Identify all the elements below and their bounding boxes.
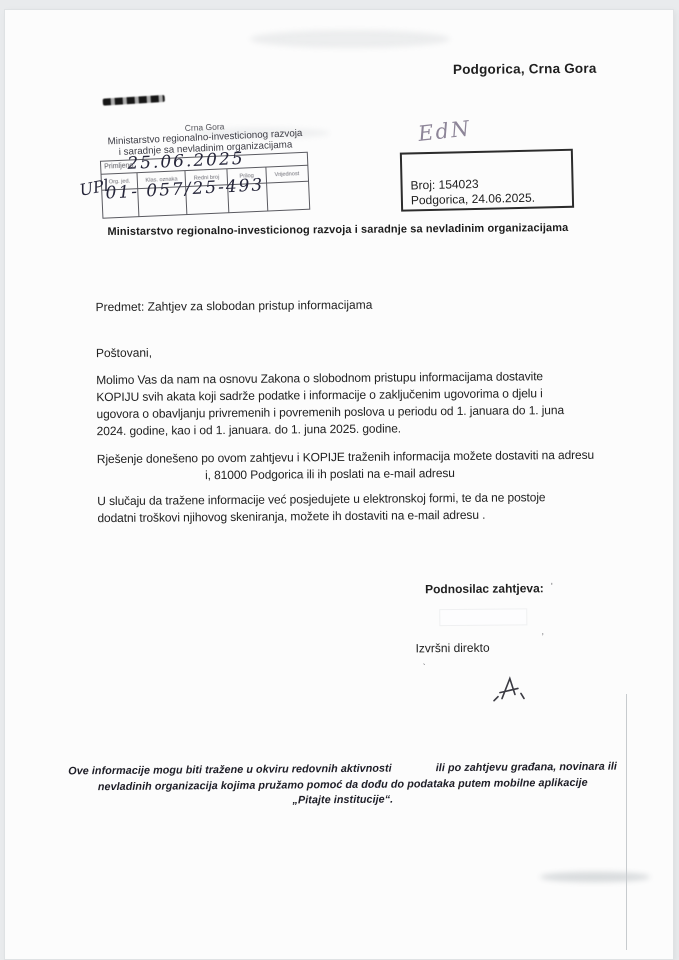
body-paragraph-2-line1: Rješenje donešeno po ovom zahtjevu i KOP… — [97, 447, 594, 468]
letter-location: Podgorica, Crna Gora — [453, 61, 597, 77]
redaction-bar — [103, 95, 165, 106]
signature-scribble — [488, 668, 532, 704]
subject-line: Predmet: Zahtjev za slobodan pristup inf… — [96, 298, 373, 314]
scan-speck: ' — [551, 581, 553, 591]
signer-label: Podnosilac zahtjeva: — [425, 581, 544, 596]
footer-line1b: ili po zahtjevu građana, novinara ili — [436, 761, 617, 775]
body-paragraph-2-line2: i, 81000 Podgorica ili ih poslati na e-m… — [205, 465, 455, 484]
footer-line1a: Ove informacije mogu biti tražene u okvi… — [68, 763, 392, 778]
body-paragraph-1: Molimo Vas da nam na osnovu Zakona o slo… — [96, 368, 589, 440]
reference-number-box: Broj: 154023 Podgorica, 24.06.2025. — [400, 149, 574, 212]
handwritten-initials: EdN — [417, 116, 473, 146]
footer-note: Ove informacije mogu biti tražene u okvi… — [61, 760, 625, 811]
reference-date: Podgorica, 24.06.2025. — [411, 190, 572, 209]
body-paragraph-3: U slučaju da tražene informacije već pos… — [97, 489, 587, 527]
scan-speck: , — [541, 626, 544, 636]
scan-speck: ` — [423, 662, 426, 672]
stamp-col-vrijednost: Vrijednost — [265, 165, 308, 183]
addressee-title: Ministarstvo regionalno-investicionog ra… — [58, 222, 618, 239]
salutation: Poštovani, — [96, 346, 152, 360]
scanned-letter: Podgorica, Crna Gora Crna Gora Ministars… — [0, 0, 679, 960]
signer-role: Izvršni direkto — [415, 641, 489, 656]
redacted-name-patch — [439, 608, 527, 626]
